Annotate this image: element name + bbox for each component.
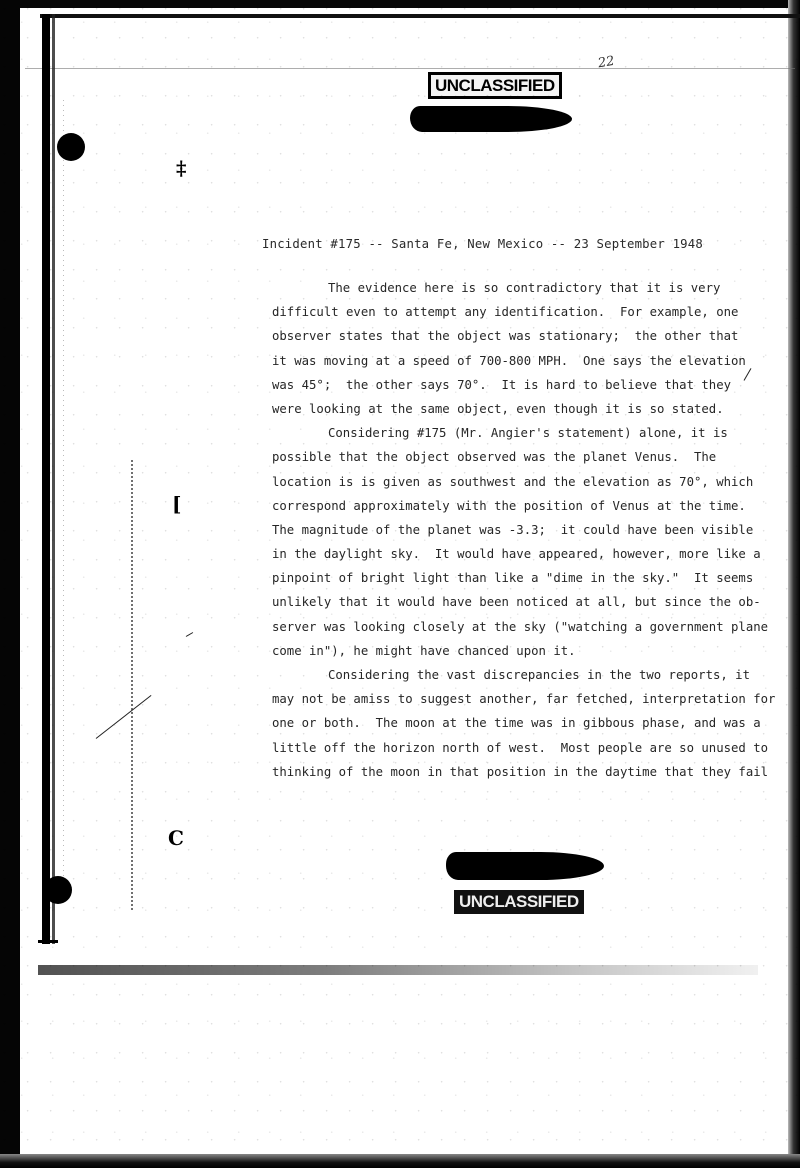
text-line: was 45°; the other says 70°. It is hard … [272,373,762,397]
text-line: unlikely that it would have been noticed… [272,590,762,614]
binder-ring-mark-icon: ‡ [176,156,186,180]
paragraph-1: The evidence here is so contradictory th… [272,276,762,421]
bracket-mark-icon: [ [172,492,181,516]
binder-bar [42,14,50,944]
text-line: one or both. The moon at the time was in… [272,711,762,735]
margin-dotted-rule-inner [131,460,133,910]
pen-tick-mark [186,632,193,637]
text-line: correspond approximately with the positi… [272,494,762,518]
document-body: The evidence here is so contradictory th… [272,276,762,784]
paragraph-2: Considering #175 (Mr. Angier's statement… [272,421,762,663]
scan-border-bottom [0,1154,800,1168]
text-line: may not be amiss to suggest another, far… [272,687,762,711]
redaction-bar-bottom [446,852,604,880]
horizontal-scan-rule [25,68,795,69]
text-line: possible that the object observed was th… [272,445,762,469]
text-line: The evidence here is so contradictory th… [272,276,762,300]
classification-stamp-top: UNCLASSIFIED [428,72,562,99]
redaction-bar-top [410,106,572,132]
text-line: Considering the vast discrepancies in th… [272,663,762,687]
punch-hole-icon [57,133,85,161]
scan-border-left [0,0,20,1168]
margin-dotted-rule [63,100,64,900]
text-line: come in"), he might have chanced upon it… [272,639,762,663]
text-line: thinking of the moon in that position in… [272,760,762,784]
text-line: observer states that the object was stat… [272,324,762,348]
scan-smudge-band [38,965,758,975]
text-line: Considering #175 (Mr. Angier's statement… [272,421,762,445]
pen-stroke-mark [96,695,152,739]
text-line: it was moving at a speed of 700-800 MPH.… [272,349,762,373]
text-line: location is is given as southwest and th… [272,470,762,494]
text-line: The magnitude of the planet was -3.3; it… [272,518,762,542]
text-line: were looking at the same object, even th… [272,397,762,421]
binder-bar-edge [52,14,55,944]
punch-hole-icon [44,876,72,904]
binder-foot [38,940,58,943]
top-edge-line [40,14,800,18]
text-line: in the daylight sky. It would have appea… [272,542,762,566]
page-number-handwritten: 22 [597,54,616,72]
text-line: pinpoint of bright light than like a "di… [272,566,762,590]
scan-border-top [0,0,800,8]
text-line: little off the horizon north of west. Mo… [272,736,762,760]
classification-stamp-bottom: UNCLASSIFIED [454,890,584,914]
ring-clip-mark-icon: C [168,826,184,850]
text-line: server was looking closely at the sky ("… [272,615,762,639]
paragraph-3: Considering the vast discrepancies in th… [272,663,762,784]
incident-heading: Incident #175 -- Santa Fe, New Mexico --… [262,237,703,251]
scan-border-right [788,0,800,1168]
text-line: difficult even to attempt any identifica… [272,300,762,324]
